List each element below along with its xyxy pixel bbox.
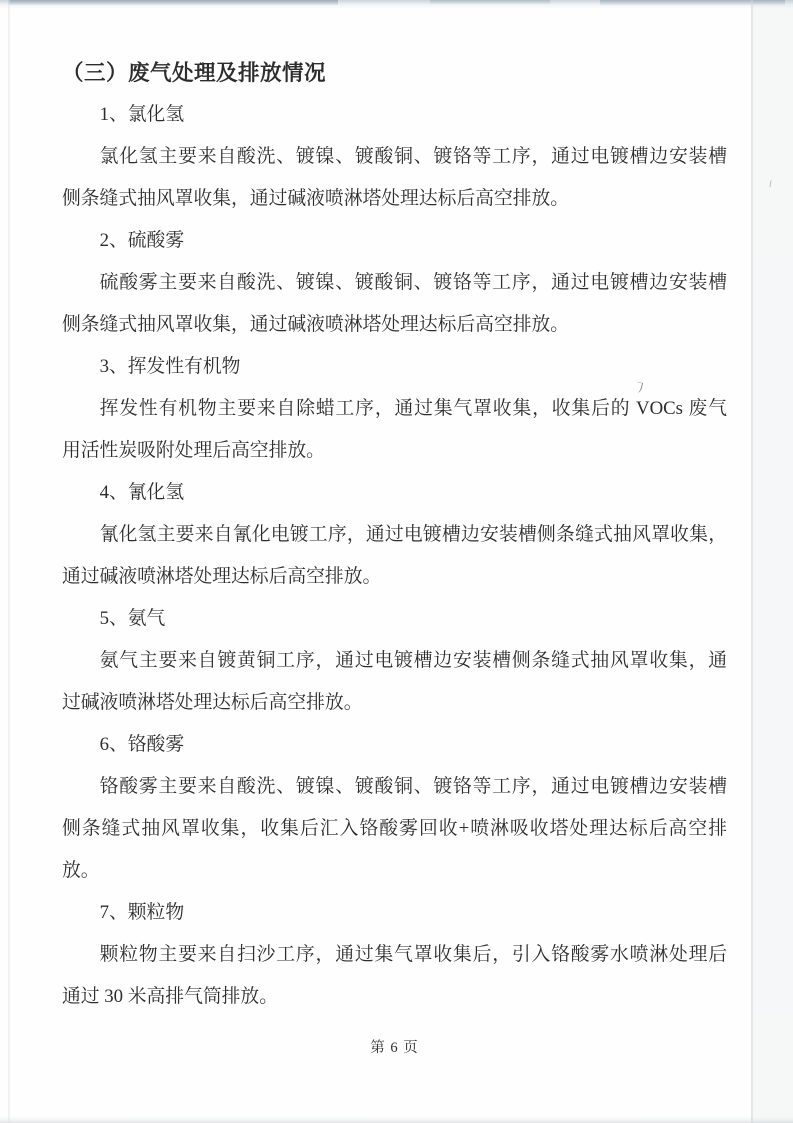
paragraph-line: 颗粒物主要来自扫沙工序，通过集气罩收集后，引入铬酸雾水喷淋处理后 — [62, 934, 727, 976]
paragraph-line: 氰化氢主要来自氰化电镀工序，通过电镀槽边安装槽侧条缝式抽风罩收集， — [62, 514, 727, 556]
paragraph-line: 通过 30 米高排气筒排放。 — [62, 976, 727, 1018]
paragraph-line: 铬酸雾主要来自酸洗、镀镍、镀酸铜、镀铬等工序，通过电镀槽边安装槽 — [62, 766, 727, 808]
page-number-footer: 第 6 页 — [62, 1036, 727, 1057]
paragraph-line: 挥发性有机物主要来自除蜡工序，通过集气罩收集，收集后的 VOCs 废气 — [62, 388, 727, 430]
item-4-heading: 4、氰化氢 — [62, 472, 727, 514]
scan-edge-left-line — [8, 0, 10, 1123]
item-7-heading: 7、颗粒物 — [62, 892, 727, 934]
paragraph-line: 用活性炭吸附处理后高空排放。 — [62, 430, 727, 472]
scan-edge-top-dark-segment — [8, 0, 338, 5]
scan-edge-bottom — [0, 1116, 793, 1123]
scan-edge-right-line — [751, 0, 753, 1123]
document-body: （三）废气处理及排放情况 1、氯化氢 氯化氢主要来自酸洗、镀镍、镀酸铜、镀铬等工… — [62, 52, 727, 1018]
scan-edge-top-dark-segment — [600, 0, 785, 5]
paragraph-line: 通过碱液喷淋塔处理达标后高空排放。 — [62, 556, 727, 598]
paragraph-line: 氯化氢主要来自酸洗、镀镍、镀酸铜、镀铬等工序，通过电镀槽边安装槽 — [62, 136, 727, 178]
paragraph-line: 放。 — [62, 850, 727, 892]
scanned-document-page: （三）废气处理及排放情况 1、氯化氢 氯化氢主要来自酸洗、镀镍、镀酸铜、镀铬等工… — [0, 0, 793, 1123]
section-title: （三）废气处理及排放情况 — [62, 52, 727, 94]
item-1-heading: 1、氯化氢 — [62, 94, 727, 136]
item-2-heading: 2、硫酸雾 — [62, 220, 727, 262]
paragraph-line: 硫酸雾主要来自酸洗、镀镍、镀酸铜、镀铬等工序，通过电镀槽边安装槽 — [62, 262, 727, 304]
item-6-heading: 6、铬酸雾 — [62, 724, 727, 766]
paragraph-line: 氨气主要来自镀黄铜工序，通过电镀槽边安装槽侧条缝式抽风罩收集，通 — [62, 640, 727, 682]
paragraph-line: 侧条缝式抽风罩收集，收集后汇入铬酸雾回收+喷淋吸收塔处理达标后高空排 — [62, 808, 727, 850]
item-5-heading: 5、氨气 — [62, 598, 727, 640]
item-3-heading: 3、挥发性有机物 — [62, 346, 727, 388]
paragraph-line: 过碱液喷淋塔处理达标后高空排放。 — [62, 682, 727, 724]
paragraph-line: 侧条缝式抽风罩收集，通过碱液喷淋塔处理达标后高空排放。 — [62, 178, 727, 220]
paragraph-line: 侧条缝式抽风罩收集，通过碱液喷淋塔处理达标后高空排放。 — [62, 304, 727, 346]
scan-right-margin-shade — [753, 0, 793, 1123]
scan-edge-top-dark-segment — [430, 0, 550, 4]
